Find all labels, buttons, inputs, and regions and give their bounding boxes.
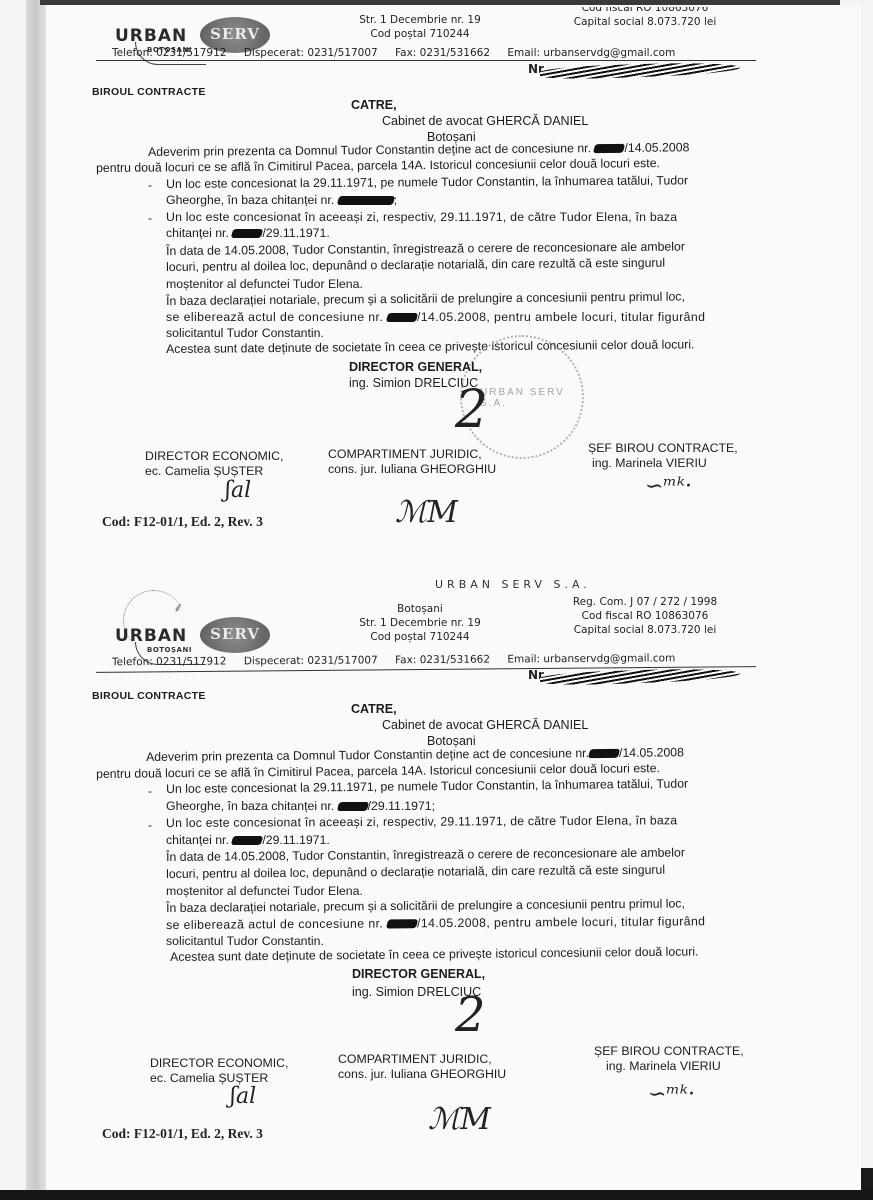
contracte-block: ȘEF BIROU CONTRACTE, ing. Marinela VIERI… — [588, 441, 738, 471]
bullet: - — [148, 211, 152, 225]
text: /14.05.2008, pentru ambele locuri, titul… — [417, 310, 705, 324]
signatory-title: COMPARTIMENT JURIDIC, — [328, 447, 496, 462]
signatory-name: cons. jur. Iuliana GHEORGHIU — [338, 1067, 506, 1082]
signatory-name: ec. Camelia ȘUȘTER — [145, 464, 283, 479]
signatory-name: cons. jur. Iuliana GHEORGHIU — [328, 462, 496, 477]
text: chitanței nr. — [166, 226, 229, 240]
sprout-icon: ⸙ — [173, 598, 184, 617]
fax: Fax: 0231/531662 — [395, 47, 490, 59]
text: /29.11.1971; — [368, 799, 435, 813]
department-label: BIROUL CONTRACTE — [92, 86, 206, 98]
address-postal: Cod poștal 710244 — [340, 630, 500, 644]
logo-badge: SERV — [200, 617, 270, 653]
signature-juridic: ℳM — [428, 1102, 491, 1137]
signatory-name: ing. Marinela VIERIU — [588, 456, 738, 471]
redaction-scribble — [540, 667, 740, 687]
contact-line: Telefon: 0231/517912 Dispecerat: 0231/51… — [112, 47, 752, 59]
address-city: Botoșani — [340, 602, 500, 616]
recipient-to: CATRE, — [351, 702, 397, 716]
signature-director-general: 2 — [455, 380, 488, 440]
bullet-1-line-2: Gheorghe, în baza chitanței nr. ; — [166, 193, 397, 207]
scan-edge-bottom — [0, 1190, 873, 1200]
email: Email: urbanservdg@gmail.com — [507, 652, 675, 665]
text: /14.05.2008, pentru ambele locuri, titul… — [417, 914, 705, 930]
signatory-title: COMPARTIMENT JURIDIC, — [338, 1052, 506, 1067]
signatory-name: ing. Marinela VIERIU — [594, 1059, 744, 1074]
redaction-mark — [336, 802, 368, 811]
bullet: - — [148, 784, 152, 798]
signature-economic: ʃal — [230, 1084, 256, 1109]
signature-juridic: ℳM — [395, 495, 458, 530]
trade-register: Reg. Com. J 07 / 272 / 1998 — [560, 595, 730, 609]
signatory-title: DIRECTOR ECONOMIC, — [150, 1056, 288, 1071]
text: /14.05.2008 — [624, 140, 689, 155]
bullet-2-line-2: chitanței nr. /29.11.1971. — [166, 833, 330, 847]
address-postal: Cod poștal 710244 — [340, 27, 500, 41]
redaction-scribble — [540, 61, 740, 81]
signatory-title: DIRECTOR ECONOMIC, — [145, 449, 283, 464]
address-street: Str. 1 Decembrie nr. 19 — [340, 616, 500, 630]
redaction-mark — [231, 229, 263, 238]
redaction-mark — [386, 313, 418, 322]
redaction-mark — [593, 144, 625, 153]
logo-city: BOTOȘANI — [147, 646, 192, 654]
dispatch-phone: Dispecerat: 0231/517007 — [244, 654, 378, 667]
share-capital: Capital social 8.073.720 lei — [560, 15, 730, 29]
signature-contracte: ∽ᵐᵏ· — [645, 474, 692, 499]
text: se eliberează actul de concesiune nr. — [166, 310, 383, 324]
signatory-title: DIRECTOR GENERAL, — [349, 360, 482, 374]
para-2-line-2: se eliberează actul de concesiune nr. /1… — [166, 310, 705, 324]
juridic-block: COMPARTIMENT JURIDIC, cons. jur. Iuliana… — [328, 447, 496, 477]
contracte-block: ȘEF BIROU CONTRACTE, ing. Marinela VIERI… — [594, 1044, 744, 1074]
text: /29.11.1971. — [262, 833, 329, 847]
phone: Telefon: 0231/517912 — [112, 47, 226, 59]
scan-shadow-left — [26, 0, 46, 1190]
company-name: URBAN SERV S.A. — [435, 578, 591, 591]
redaction-mark — [231, 836, 263, 845]
address-street: Str. 1 Decembrie nr. 19 — [340, 13, 500, 27]
company-address: Botoșani Str. 1 Decembrie nr. 19 Cod poș… — [340, 602, 500, 644]
form-code: Cod: F12-01/1, Ed. 2, Rev. 3 — [102, 514, 263, 530]
redaction-mark — [588, 749, 620, 758]
recipient-name: Cabinet de avocat GHERCĂ DANIEL — [382, 114, 588, 128]
para-1-line-3: moștenitor al defunctei Tudor Elena. — [166, 277, 363, 291]
form-code: Cod: F12-01/1, Ed. 2, Rev. 3 — [102, 1126, 263, 1142]
para-2-line-3: solicitantul Tudor Constantin. — [166, 326, 324, 340]
director-economic-block: DIRECTOR ECONOMIC, ec. Camelia ȘUȘTER — [145, 449, 283, 479]
dispatch-phone: Dispecerat: 0231/517007 — [244, 47, 378, 59]
signatory-name: ec. Camelia ȘUȘTER — [150, 1071, 288, 1086]
redaction-mark — [336, 196, 394, 205]
signatory-title: ȘEF BIROU CONTRACTE, — [594, 1044, 744, 1059]
department-label: BIROUL CONTRACTE — [92, 690, 206, 702]
signature-contracte: ∽ᵐᵏ· — [648, 1082, 695, 1107]
signatory-title: ȘEF BIROU CONTRACTE, — [588, 441, 738, 456]
text: Gheorghe, în baza chitanței nr. — [166, 799, 334, 813]
text: chitanței nr. — [166, 833, 229, 847]
juridic-block: COMPARTIMENT JURIDIC, cons. jur. Iuliana… — [338, 1052, 506, 1082]
email: Email: urbanservdg@gmail.com — [507, 47, 675, 59]
bullet: - — [148, 178, 152, 192]
bullet: - — [148, 818, 152, 832]
bullet-2-line-2: chitanței nr. /29.11.1971. — [166, 226, 330, 240]
fax: Fax: 0231/531662 — [395, 654, 490, 667]
para-2-line-3: solicitantul Tudor Constantin. — [166, 934, 324, 948]
signature-economic: ʃal — [225, 478, 251, 503]
text: se eliberează actul de concesiune nr. — [166, 916, 383, 932]
registration-number: Nr. — [528, 668, 738, 684]
text: /14.05.2008 — [619, 745, 684, 760]
signature-director-general: 2 — [455, 987, 486, 1043]
director-economic-block: DIRECTOR ECONOMIC, ec. Camelia ȘUȘTER — [150, 1056, 288, 1086]
recipient-city: Botoșani — [427, 734, 476, 748]
para-1-line-3: moștenitor al defunctei Tudor Elena. — [166, 884, 363, 898]
header-rule — [96, 60, 756, 61]
recipient-to: CATRE, — [351, 98, 397, 112]
fiscal-code: Cod fiscal RO 10863076 — [560, 609, 730, 623]
text: Gheorghe, în baza chitanței nr. — [166, 193, 334, 207]
bullet-1-line-2: Gheorghe, în baza chitanței nr. /29.11.1… — [166, 799, 435, 813]
share-capital: Capital social 8.073.720 lei — [560, 623, 730, 637]
redaction-mark — [386, 919, 418, 928]
stamp-text: URBAN SERV S.A. — [480, 387, 582, 409]
company-fiscal: Reg. Com. J 07 / 272 / 1998 Cod fiscal R… — [560, 595, 730, 637]
registration-number: Nr. — [528, 62, 738, 78]
phone: Telefon: 0231/517912 — [112, 655, 227, 668]
bullet-2-line-1: Un loc este concesionat în aceeași zi, r… — [166, 813, 677, 830]
company-address: Str. 1 Decembrie nr. 19 Cod poștal 71024… — [340, 13, 500, 41]
recipient-name: Cabinet de avocat GHERCĂ DANIEL — [382, 718, 588, 732]
scan-edge-top — [40, 0, 840, 5]
text: /29.11.1971. — [262, 226, 329, 240]
bullet-2-line-1: Un loc este concesionat în aceeași zi, r… — [166, 210, 677, 224]
signatory-title: DIRECTOR GENERAL, — [352, 967, 485, 981]
